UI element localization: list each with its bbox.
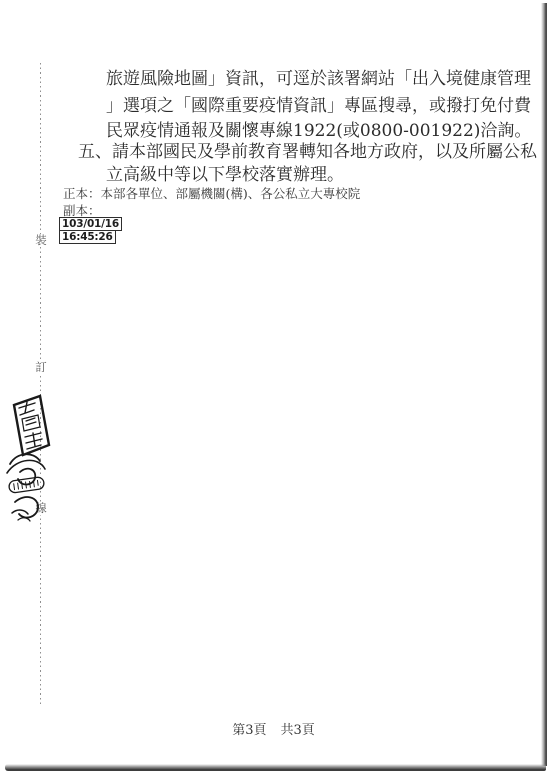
page-edge-shadow-right <box>541 3 547 766</box>
body-text-line: 立高級中等以下學校落實辦理。 <box>106 165 344 185</box>
stamp-time: 16:45:26 <box>59 230 116 244</box>
page-footer: 第3頁共3頁 <box>0 719 547 738</box>
footer-total-pages: 共3頁 <box>281 723 315 738</box>
body-text-line: 」選項之「國際重要疫情資訊」專區搜尋，或撥打免付費 <box>106 96 531 116</box>
recipient-original-line: 正本：本部各單位、部屬機關(構)、各公私立大專校院 <box>63 186 360 201</box>
document-page: 裝 訂 線 旅遊風險地圖」資訊，可逕於該署網站「出入境健康管理 <box>0 0 547 772</box>
footer-page-number: 第3頁 <box>232 723 266 738</box>
body-item-5: 五、請本部國民及學前教育署轉知各地方政府，以及所屬公私 <box>78 142 537 162</box>
stamp-date: 103/01/16 <box>59 217 122 231</box>
page-edge-shadow-bottom <box>5 764 546 771</box>
body-text-line: 民眾疫情通報及關懷專線1922(或0800-001922)洽詢。 <box>106 121 531 141</box>
body-text-line: 旅遊風險地圖」資訊，可逕於該署網站「出入境健康管理 <box>106 69 531 89</box>
datetime-stamp: 103/01/16 16:45:26 <box>59 217 122 244</box>
binding-dotted-line <box>40 63 41 705</box>
recipient-copy-line: 副本： <box>63 203 101 218</box>
binding-mark-ding: 訂 <box>34 361 48 374</box>
binding-mark-zhuang: 裝 <box>34 234 48 247</box>
item-number: 五、 <box>78 142 112 162</box>
body-text-line: 請本部國民及學前教育署轉知各地方政府，以及所屬公私 <box>112 142 537 162</box>
official-seal-stamp <box>0 392 56 528</box>
